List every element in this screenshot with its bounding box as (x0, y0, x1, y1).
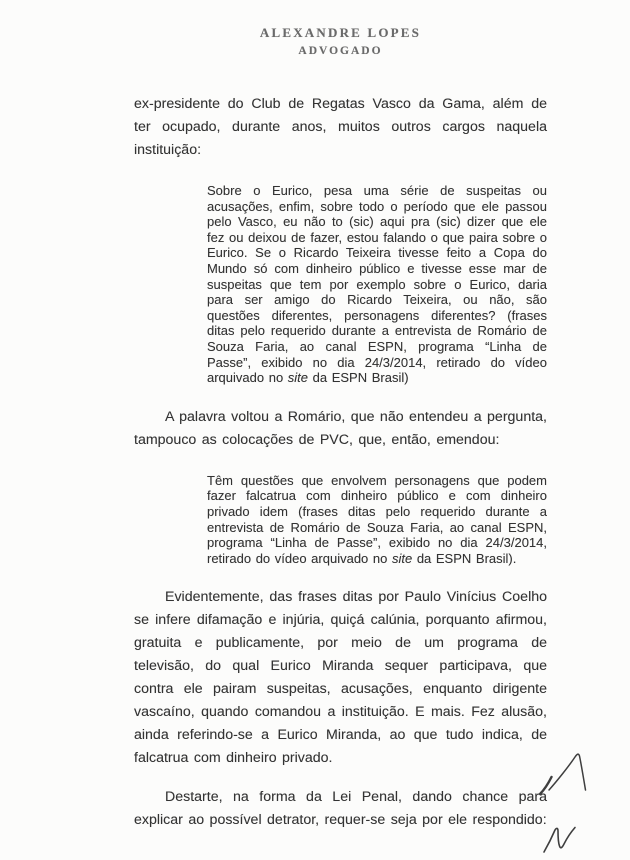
italic-text-segment: site (392, 551, 412, 566)
scanned-legal-document-page: ALEXANDRE LOPES ADVOGADO ex-presidente d… (0, 0, 630, 860)
text-segment: Destarte, na forma da Lei Penal, dando c… (134, 789, 547, 828)
body-paragraph-3: Evidentemente, das frases ditas por Paul… (134, 586, 547, 770)
letterhead-name: ALEXANDRE LOPES (134, 25, 547, 41)
text-segment: ex-presidente do Club de Regatas Vasco d… (134, 96, 547, 158)
text-segment: da ESPN Brasil) (308, 370, 409, 385)
text-segment: da ESPN Brasil). (412, 551, 516, 566)
letterhead-title: ADVOGADO (134, 45, 547, 57)
body-paragraph-1: ex-presidente do Club de Regatas Vasco d… (134, 93, 547, 162)
text-segment: A palavra voltou a Romário, que não ente… (134, 409, 547, 448)
block-quote-1: Sobre o Eurico, pesa uma série de suspei… (207, 183, 547, 386)
text-segment: Evidentemente, das frases ditas por Paul… (134, 589, 547, 766)
body-paragraph-4: Destarte, na forma da Lei Penal, dando c… (134, 786, 547, 832)
italic-text-segment: site (288, 370, 308, 385)
handwritten-initial-flourish (549, 754, 586, 790)
body-paragraph-2: A palavra voltou a Romário, que não ente… (134, 406, 547, 452)
document-content: ex-presidente do Club de Regatas Vasco d… (134, 93, 547, 832)
handwritten-n-squiggle (544, 828, 575, 853)
block-quote-2: Têm questões que envolvem personagens qu… (207, 473, 547, 567)
letterhead: ALEXANDRE LOPES ADVOGADO (134, 25, 547, 57)
text-segment: Sobre o Eurico, pesa uma série de suspei… (207, 183, 547, 385)
